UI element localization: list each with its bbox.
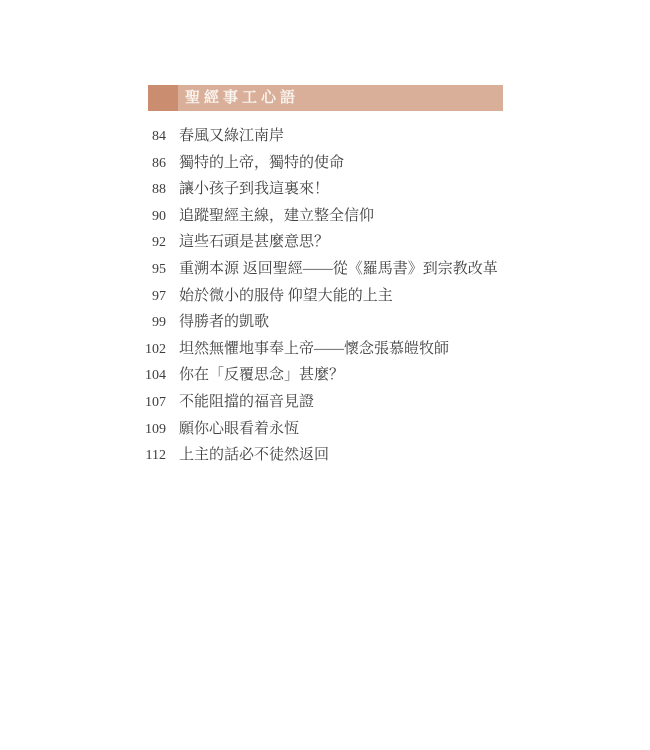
- toc-page-number: 84: [140, 124, 166, 151]
- toc-entry-title: 你在「反覆思念」甚麼？: [179, 362, 344, 389]
- toc-row: 95 重溯本源 返回聖經——從《羅馬書》到宗教改革: [140, 256, 570, 283]
- toc-page-number: 104: [140, 363, 166, 390]
- toc-entry-title: 讓小孩子到我這裏來！: [179, 176, 329, 203]
- toc-row: 86 獨特的上帝，獨特的使命: [140, 150, 570, 177]
- toc-row: 84 春風又綠江南岸: [140, 123, 570, 150]
- toc-row: 99 得勝者的凱歌: [140, 309, 570, 336]
- toc-page-number: 97: [140, 284, 166, 311]
- section-header-band: 聖經事工心語: [148, 85, 503, 111]
- toc-row: 112 上主的話必不徒然返回: [140, 442, 570, 469]
- toc-entry-title: 不能阻擋的福音見證: [179, 389, 314, 416]
- toc-page-number: 92: [140, 230, 166, 257]
- toc-row: 90 追蹤聖經主線，建立整全信仰: [140, 203, 570, 230]
- toc-page-number: 109: [140, 417, 166, 444]
- toc-entry-title: 獨特的上帝，獨特的使命: [179, 150, 344, 177]
- toc-entry-title: 這些石頭是甚麼意思？: [179, 229, 329, 256]
- toc-entry-title: 始於微小的服侍 仰望大能的上主: [179, 283, 393, 310]
- header-accent-square: [148, 85, 178, 111]
- toc-page-number: 112: [140, 443, 166, 470]
- toc-page-number: 90: [140, 204, 166, 231]
- book-page: 聖經事工心語 84 春風又綠江南岸 86 獨特的上帝，獨特的使命 88 讓小孩子…: [0, 0, 650, 750]
- toc-row: 107 不能阻擋的福音見證: [140, 389, 570, 416]
- section-title: 聖經事工心語: [185, 85, 299, 111]
- toc-page-number: 88: [140, 177, 166, 204]
- toc-row: 102 坦然無懼地事奉上帝——懷念張慕皚牧師: [140, 336, 570, 363]
- toc-entry-title: 得勝者的凱歌: [179, 309, 269, 336]
- toc-entry-title: 重溯本源 返回聖經——從《羅馬書》到宗教改革: [179, 256, 498, 283]
- toc-row: 92 這些石頭是甚麼意思？: [140, 229, 570, 256]
- toc-row: 104 你在「反覆思念」甚麼？: [140, 362, 570, 389]
- toc-entry-title: 坦然無懼地事奉上帝——懷念張慕皚牧師: [179, 336, 449, 363]
- toc-page-number: 99: [140, 310, 166, 337]
- toc-entry-title: 追蹤聖經主線，建立整全信仰: [179, 203, 374, 230]
- toc-entry-title: 願你心眼看着永恆: [179, 416, 299, 443]
- toc-entry-title: 春風又綠江南岸: [179, 123, 284, 150]
- toc-row: 97 始於微小的服侍 仰望大能的上主: [140, 283, 570, 310]
- toc-row: 88 讓小孩子到我這裏來！: [140, 176, 570, 203]
- toc-page-number: 95: [140, 257, 166, 284]
- table-of-contents: 84 春風又綠江南岸 86 獨特的上帝，獨特的使命 88 讓小孩子到我這裏來！ …: [140, 123, 570, 469]
- toc-row: 109 願你心眼看着永恆: [140, 416, 570, 443]
- toc-page-number: 107: [140, 390, 166, 417]
- toc-entry-title: 上主的話必不徒然返回: [179, 442, 329, 469]
- toc-page-number: 86: [140, 151, 166, 178]
- toc-page-number: 102: [140, 337, 166, 364]
